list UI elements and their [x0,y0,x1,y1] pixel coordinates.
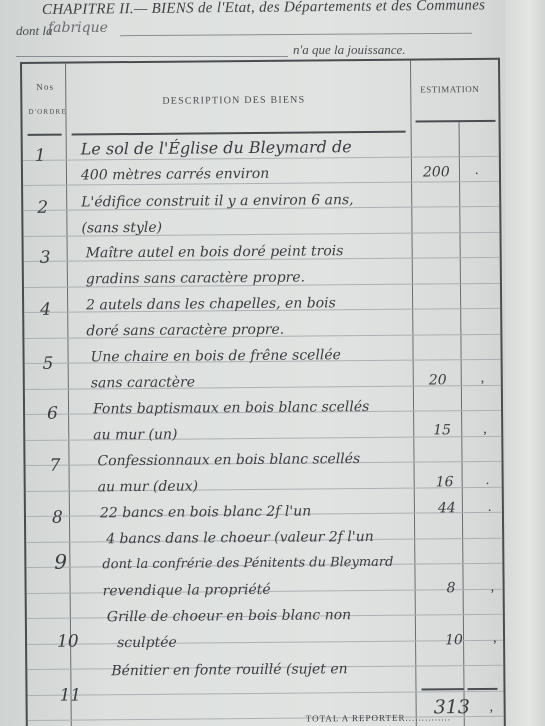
row-amount: 15 [433,422,451,438]
row-description: sans caractère [91,374,195,391]
ruled-line [28,691,504,696]
row-description: Confessionnaux en bois blanc scellés [97,451,360,469]
ruled-line [27,640,503,645]
row-amount: 10 [445,632,463,648]
row-description: gradins sans caractère propre. [86,270,305,288]
row-cents: , [491,580,495,596]
row-description: au mur (deux) [98,478,198,495]
jouissance-label: n'a que la jouissance. [293,42,406,58]
column-divider [65,64,72,726]
row-amount: 20 [429,372,447,388]
dont-label: dont la [16,23,52,39]
table-row: 9 4 bancs dans le choeur (valeur 2f l'un… [22,60,498,64]
row-number: 5 [43,354,54,374]
table-row: 11 Bénitier en fonte rouillé (sujet en [22,60,498,64]
fill-line [16,56,288,57]
row-description: doré sans caractère propre. [86,322,284,340]
row-number: 11 [59,685,81,705]
row-number: 4 [40,300,51,320]
row-cents: , [493,631,497,647]
col-header-number-top: Nos [36,82,54,92]
row-cents: . [486,473,490,489]
column-divider [410,61,417,726]
row-description: Bénitier en fonte rouillé (sujet en [111,661,347,679]
row-description: L'édifice construit il y a environ 6 ans… [81,192,353,210]
total-value: 313 [434,696,470,718]
row-cents: . [488,500,492,516]
row-number: 2 [37,198,48,218]
row-cents: . [475,163,479,179]
total-label: TOTAL A REPORTER.............. [306,712,451,723]
row-cents: , [481,371,485,387]
row-number: 9 [54,550,67,574]
inventory-table: Nos D'ORDRE DESCRIPTION DES BIENS ESTIMA… [20,58,506,726]
col-header-description: DESCRIPTION DES BIENS [162,95,305,107]
total-rule [421,688,463,690]
row-description: sculptée [117,635,177,652]
row-number: 6 [47,404,58,424]
row-description: Le sol de l'Église du Bleymard de [81,137,352,158]
row-description: 400 mètres carrés environ [81,166,269,184]
col-header-number-bottom: D'ORDRE [28,108,67,116]
col-header-estimation: ESTIMATION [420,84,479,95]
row-number: 10 [57,632,79,652]
dont-value: fabrique [48,20,108,36]
row-description: Maître autel en bois doré peint trois [86,243,344,261]
row-description: dont la confrérie des Pénitents du Bleym… [102,555,393,573]
row-number: 1 [35,146,46,166]
table-row: 2 L'édifice construit il y a environ 6 a… [22,60,498,64]
table-row: 1 Le sol de l'Église du Bleymard de 400 … [22,60,498,64]
row-cents: , [483,422,487,438]
table-row: 5 Une chaire en bois de frêne scellée sa… [22,60,498,64]
total-rule [467,688,497,690]
row-description: Fonts baptismaux en bois blanc scellés [93,399,369,417]
row-description: 22 bancs en bois blanc 2f l'un [100,503,311,521]
row-description: Une chaire en bois de frêne scellée [91,347,341,365]
row-description: Grille de choeur en bois blanc non [107,607,351,625]
row-amount: 8 [447,580,456,596]
page-edge [505,0,545,726]
row-amount: 200 [423,164,450,180]
table-row: 8 22 bancs en bois blanc 2f l'un 44 . [22,60,498,64]
header-rule [416,120,496,123]
row-number: 7 [49,456,60,476]
row-amount: 16 [436,474,454,490]
row-description: 2 autels dans les chapelles, en bois [86,295,336,313]
header-rule [28,134,62,136]
row-amount: 44 [438,500,456,516]
header-rule [72,131,406,136]
total-cents: , [490,700,494,716]
table-row: 10 Grille de choeur en bois blanc non sc… [22,60,498,64]
row-description: au mur (un) [93,427,177,444]
row-description: 4 bancs dans le choeur (valeur 2f l'un [106,529,374,547]
table-row: 7 Confessionnaux en bois blanc scellés a… [22,60,498,64]
table-row: 4 2 autels dans les chapelles, en bois d… [22,60,498,64]
row-number: 8 [52,508,63,528]
table-row: 6 Fonts baptismaux en bois blanc scellés… [22,60,498,64]
row-number: 3 [40,248,51,268]
table-row: 3 Maître autel en bois doré peint trois … [22,60,498,64]
row-description: revendique la propriété [103,582,271,599]
row-description: (sans style) [81,220,162,237]
